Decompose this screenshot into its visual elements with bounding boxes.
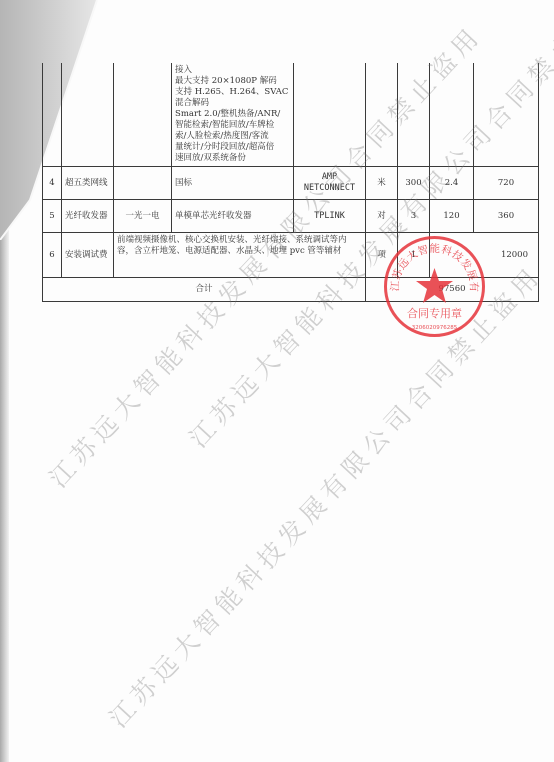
- seal-code: 3206020976285: [412, 325, 458, 331]
- cell-unit: [366, 63, 398, 167]
- cell-no: 6: [43, 233, 62, 278]
- cell-no: 4: [43, 167, 62, 200]
- cell-name: [62, 63, 114, 167]
- cell-price: [430, 63, 474, 167]
- cell-brand: AMP NETCONNECT: [294, 167, 366, 200]
- equipment-table: 接入 最大支持 20×1080P 解码 支持 H.265、H.264、SVAC …: [42, 63, 539, 302]
- cell-brand: [294, 63, 366, 167]
- cell-total: 720: [474, 167, 539, 200]
- table-row-continuation: 接入 最大支持 20×1080P 解码 支持 H.265、H.264、SVAC …: [43, 63, 539, 167]
- table-row: 4 超五类网线 国标 AMP NETCONNECT 米 300 2.4 720: [43, 167, 539, 200]
- cell-qty: [398, 63, 430, 167]
- cell-no: 5: [43, 200, 62, 233]
- table-row: 5 光纤收发器 一光一电 单模单芯光纤收发器 TPLINK 对 3 120 36…: [43, 200, 539, 233]
- cell-brand: TPLINK: [294, 200, 366, 233]
- cell-description: 单模单芯光纤收发器: [172, 200, 294, 233]
- cell-total: 12000: [430, 233, 539, 278]
- cell-name: 超五类网线: [62, 167, 114, 200]
- cell-price: 2.4: [430, 167, 474, 200]
- cell-spec: [114, 167, 172, 200]
- cell-qty: 3: [398, 200, 430, 233]
- cell-total: 360: [474, 200, 539, 233]
- cell-description: 国标: [172, 167, 294, 200]
- cell-unit: 项: [366, 233, 398, 278]
- seal-purpose: 合同专用章: [407, 306, 462, 320]
- table-total-row: 合计 97560: [43, 278, 539, 302]
- cell-qty: 300: [398, 167, 430, 200]
- cell-total: [474, 63, 539, 167]
- cell-no: [43, 63, 62, 167]
- cell-description: 接入 最大支持 20×1080P 解码 支持 H.265、H.264、SVAC …: [172, 63, 294, 167]
- watermark-text: 江苏远大智能科技发展有限公司合同禁止盗用: [100, 257, 549, 735]
- cell-qty: 1: [398, 233, 430, 278]
- cell-name: 光纤收发器: [62, 200, 114, 233]
- total-value: 97560: [366, 278, 539, 302]
- table-row: 6 安装调试费 前端视频摄像机、核心交换机安装、光纤熔接、系统调试等内容，含立杆…: [43, 233, 539, 278]
- cell-spec: 一光一电: [114, 200, 172, 233]
- cell-description: 前端视频摄像机、核心交换机安装、光纤熔接、系统调试等内容，含立杆地笼、电源适配器…: [114, 233, 366, 278]
- cell-name: 安装调试费: [62, 233, 114, 278]
- cell-unit: 对: [366, 200, 398, 233]
- cell-spec: [114, 63, 172, 167]
- total-label: 合计: [43, 278, 366, 302]
- cell-price: 120: [430, 200, 474, 233]
- cell-unit: 米: [366, 167, 398, 200]
